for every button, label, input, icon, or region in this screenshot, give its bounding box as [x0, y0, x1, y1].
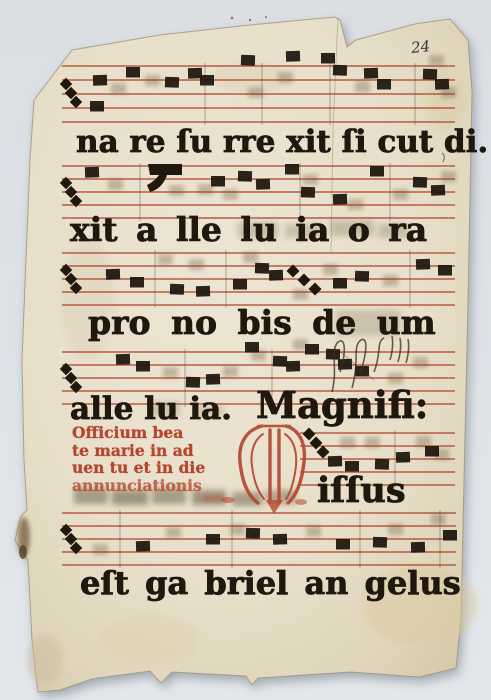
neume-square	[136, 541, 150, 552]
rubric-line-2: te marie in ad	[72, 442, 205, 460]
neume-square	[305, 344, 319, 355]
ink-smudge	[365, 437, 380, 448]
red-speck	[231, 16, 267, 21]
ink-smudge	[293, 289, 308, 300]
neume-square	[241, 55, 255, 66]
ink-smudge	[306, 526, 321, 537]
neume-square	[165, 77, 179, 88]
ink-smudge	[243, 252, 258, 263]
neume-square	[85, 167, 99, 178]
ink-smudge	[348, 199, 363, 210]
neume-square	[136, 361, 150, 372]
chant-text-line-2: xit a lle lu ia o ra	[70, 213, 427, 246]
rubric-line-4: annunciationis	[72, 477, 205, 495]
neume-square	[336, 539, 350, 550]
neume-square	[246, 528, 260, 539]
neume-square	[373, 537, 387, 548]
neume-square	[375, 459, 389, 470]
neume-square	[301, 187, 315, 198]
chant-text-line-1: na re ſu rre xit ſi cut di.	[76, 127, 488, 158]
ink-smudge	[93, 544, 108, 555]
neume-square	[238, 171, 252, 182]
neume-square	[321, 53, 335, 64]
neume-square	[245, 342, 259, 353]
neume-square	[286, 51, 300, 62]
ink-smudge	[163, 367, 178, 378]
rubric-block: Officium bea te marie in ad uen tu et in…	[72, 424, 205, 494]
neume-square	[233, 279, 247, 290]
neume-square	[273, 534, 287, 545]
neume-square	[286, 361, 300, 372]
neume-square	[170, 284, 184, 295]
neume-square	[200, 75, 214, 86]
neume-square	[93, 75, 107, 86]
neume-square	[425, 446, 439, 457]
neume-square	[255, 263, 269, 274]
neume-square	[130, 277, 144, 288]
neume-square	[413, 177, 427, 188]
magnificat-word: Magnifi:	[256, 387, 428, 424]
ink-smudge	[323, 264, 338, 275]
ink-smudge	[169, 185, 184, 196]
neume-square	[211, 176, 225, 187]
ink-smudge	[189, 259, 204, 270]
neume-square	[431, 185, 445, 196]
ink-smudge	[108, 179, 123, 190]
ink-smudge	[303, 174, 318, 185]
rubric-line-3: uen tu et in die	[72, 459, 205, 477]
ink-smudge	[230, 524, 245, 535]
neume-square	[328, 456, 342, 467]
photo-background: na re ſu rre xit ſi cut di. xit a lle lu…	[0, 0, 491, 700]
neume-square	[273, 356, 287, 367]
ink-smudge	[413, 357, 428, 368]
neume-square	[438, 265, 452, 276]
neume-square	[364, 68, 378, 79]
ink-smudge	[441, 171, 456, 182]
neume-square	[416, 259, 430, 270]
neume-square	[435, 79, 449, 90]
neume-square	[256, 179, 270, 190]
neume-square	[377, 79, 391, 90]
ink-smudge	[111, 83, 126, 94]
neume-square	[411, 542, 425, 553]
ink-smudge	[416, 436, 431, 447]
rubric-line-1: Officium bea	[72, 424, 205, 442]
ink-smudge	[340, 437, 355, 448]
neume-square	[196, 286, 210, 297]
neume-square	[333, 194, 347, 205]
neume-square	[333, 65, 347, 76]
ink-smudge	[223, 366, 238, 377]
neume-square	[333, 278, 347, 289]
neume-square	[370, 166, 384, 177]
ink-smudge	[278, 72, 293, 83]
ink-smudge	[223, 189, 238, 200]
neume-square	[285, 164, 299, 175]
neume-square	[90, 101, 104, 112]
neume-square	[423, 69, 437, 80]
neume-square	[396, 452, 410, 463]
folio-number-mark: 24	[410, 37, 431, 57]
ink-smudge	[145, 75, 160, 86]
ink-smudge	[355, 81, 370, 92]
ink-smudge	[429, 55, 444, 66]
ink-smudge	[393, 189, 408, 200]
ink-smudge	[158, 254, 173, 265]
ink-smudge	[431, 514, 446, 525]
ink-smudge	[198, 184, 213, 195]
chant-text-line-4: alle lu ia.	[70, 394, 232, 425]
neume-square	[355, 271, 369, 282]
neume-square	[116, 354, 130, 365]
chant-text-line-3: pro no bis de um	[88, 306, 436, 339]
initial-suffix-text: iſſus	[317, 473, 406, 508]
neume-square	[106, 269, 120, 280]
neume-square	[206, 534, 220, 545]
red-smear	[203, 496, 225, 501]
neume-square	[443, 530, 457, 541]
chant-text-line-5: eſt ga briel an gelus	[80, 567, 461, 599]
neume-square	[186, 377, 200, 388]
ink-smudge	[383, 275, 398, 286]
ink-smudge	[166, 527, 181, 538]
neume-square	[269, 270, 283, 281]
ink-smudge	[248, 87, 263, 98]
neume-square	[126, 67, 140, 78]
ink-smudge	[388, 524, 403, 535]
neume-square	[206, 374, 220, 385]
